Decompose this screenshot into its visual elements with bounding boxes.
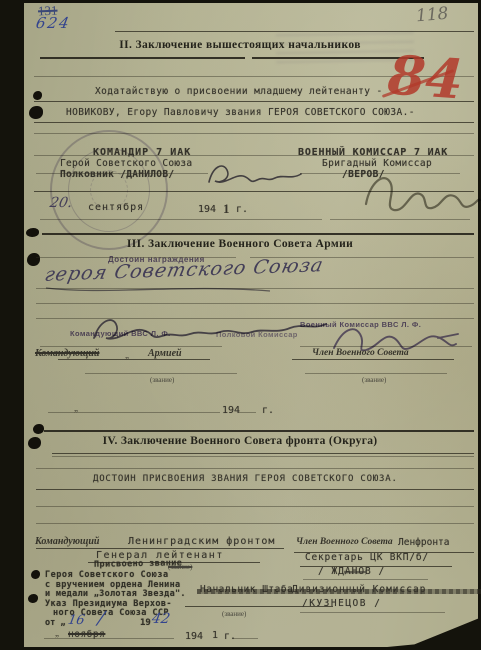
rule-line (300, 612, 445, 613)
front-commander-value: Ленинградским фронтом (128, 537, 275, 547)
rule-line (52, 453, 474, 454)
rule-line (40, 57, 245, 59)
section3-title: III. Заключение Военного Совета Армии (60, 239, 420, 251)
front-member-value: Ленфронта (398, 538, 449, 548)
handwritten-page-number: 624 (35, 16, 72, 31)
ink-blot (29, 106, 43, 119)
rule-line (292, 359, 454, 360)
rule-line (52, 456, 474, 457)
bottom-year-digit: 1 (212, 631, 218, 641)
corps-commander-post: КОМАНДИР 7 ИАК (93, 148, 191, 158)
rule-line (58, 359, 210, 360)
rank-caption-bottom: (звание) (222, 611, 246, 618)
award-stamp-line2: Героя Советского Союза (45, 571, 169, 580)
front-commander-label: Командующий (35, 537, 99, 547)
rule-line (330, 219, 470, 220)
document-scan: 131 624 118 84 II. Заключение вышестоящи… (0, 0, 481, 650)
pencil-page-number: 118 (415, 6, 449, 26)
rule-line (36, 489, 474, 490)
rule-line (303, 579, 428, 580)
rule-line (44, 638, 174, 639)
front-conclusion-text: ДОСТОИН ПРИСВОЕНИЯ ЗВАНИЯ ГЕРОЯ СОВЕТСКО… (93, 475, 398, 484)
bottom-year-prefix: 194 (185, 632, 203, 642)
ink-blot (33, 424, 44, 434)
decree-day-handwritten: 16 (67, 614, 86, 627)
front-member-name: / ЖДАНОВ / (318, 567, 385, 577)
date-quote: „ (74, 404, 78, 413)
front-commissar-rank: Дивизионный Комиссар (292, 585, 426, 595)
handwritten-day: 20. (49, 196, 74, 210)
petition-line-2: НОВИКОВУ, Егору Павловичу звания ГЕРОЯ С… (66, 108, 415, 118)
ink-blot (31, 570, 40, 579)
decree-year-handwritten: 42 (151, 612, 171, 626)
council-member-label: Член Военного Совета (312, 349, 409, 359)
rank-caption-left: (звание) (150, 377, 174, 384)
section4-title: IV. Заключение Военного Совета фронта (О… (60, 436, 420, 448)
rule-line (36, 506, 474, 507)
date-year-suffix: г. (236, 205, 248, 215)
signature-verov (362, 168, 481, 218)
bottom-year-suffix: г. (224, 632, 236, 642)
army-label: Армией (148, 349, 182, 359)
bottom-date-quote: „ (55, 629, 59, 638)
rank-caption-right: (звание) (362, 377, 386, 384)
red-pencil-number: 84 (386, 47, 465, 106)
award-stamp-line4: и медали „Золотая Звезда". (45, 590, 186, 599)
ink-blot (27, 253, 40, 266)
rule-line (34, 122, 474, 123)
rule-line (36, 548, 284, 549)
date-month: сентября (88, 203, 144, 213)
front-commissar-name: /КУЗНЕЦОВ / (302, 599, 381, 609)
struck-month: ноября (68, 630, 105, 640)
date-year-prefix: 194 (198, 205, 216, 215)
signature-danilov (205, 160, 305, 190)
decree-year-printed: 19 (140, 619, 151, 628)
rule-line (238, 412, 256, 413)
award-stamp-line1: Присвоено звание (94, 559, 182, 569)
rule-line (36, 523, 474, 524)
ink-blot (28, 594, 38, 603)
section2-title: II. Заключение вышестоящих начальников (60, 40, 420, 52)
open-quote-mark: „ (125, 351, 129, 360)
corps-commissar-post: ВОЕННЫЙ КОМИССАР 7 ИАК (298, 148, 448, 158)
blank-year-prefix: 194 (222, 406, 240, 416)
handwriting-underline-flourish (44, 282, 274, 296)
rule-line (85, 373, 237, 374)
ink-blot (33, 91, 42, 100)
ink-blot (26, 228, 39, 237)
rule-line (44, 430, 474, 432)
rule-line (305, 373, 447, 374)
rule-line (36, 468, 474, 469)
front-member-label: Член Военного Совета (296, 538, 393, 548)
front-member-rank: Секретарь ЦК ВКП/б/ (305, 553, 429, 563)
struck-commanding-label: Командующий (35, 349, 99, 359)
award-stamp-from: от „ (45, 619, 65, 628)
petition-line-1: Ходатайствую о присвоении младшему лейте… (95, 87, 383, 97)
blank-year-suffix: г. (262, 406, 274, 416)
signature-army-commander (90, 312, 330, 348)
ink-blot (28, 437, 41, 449)
rule-line (36, 303, 474, 304)
corps-commander-honor: Герой Советского Союза (60, 159, 192, 169)
date-year-digit: 1 (223, 202, 230, 215)
corps-commander-name: Полковник /ДАНИЛОВ/ (60, 170, 174, 180)
